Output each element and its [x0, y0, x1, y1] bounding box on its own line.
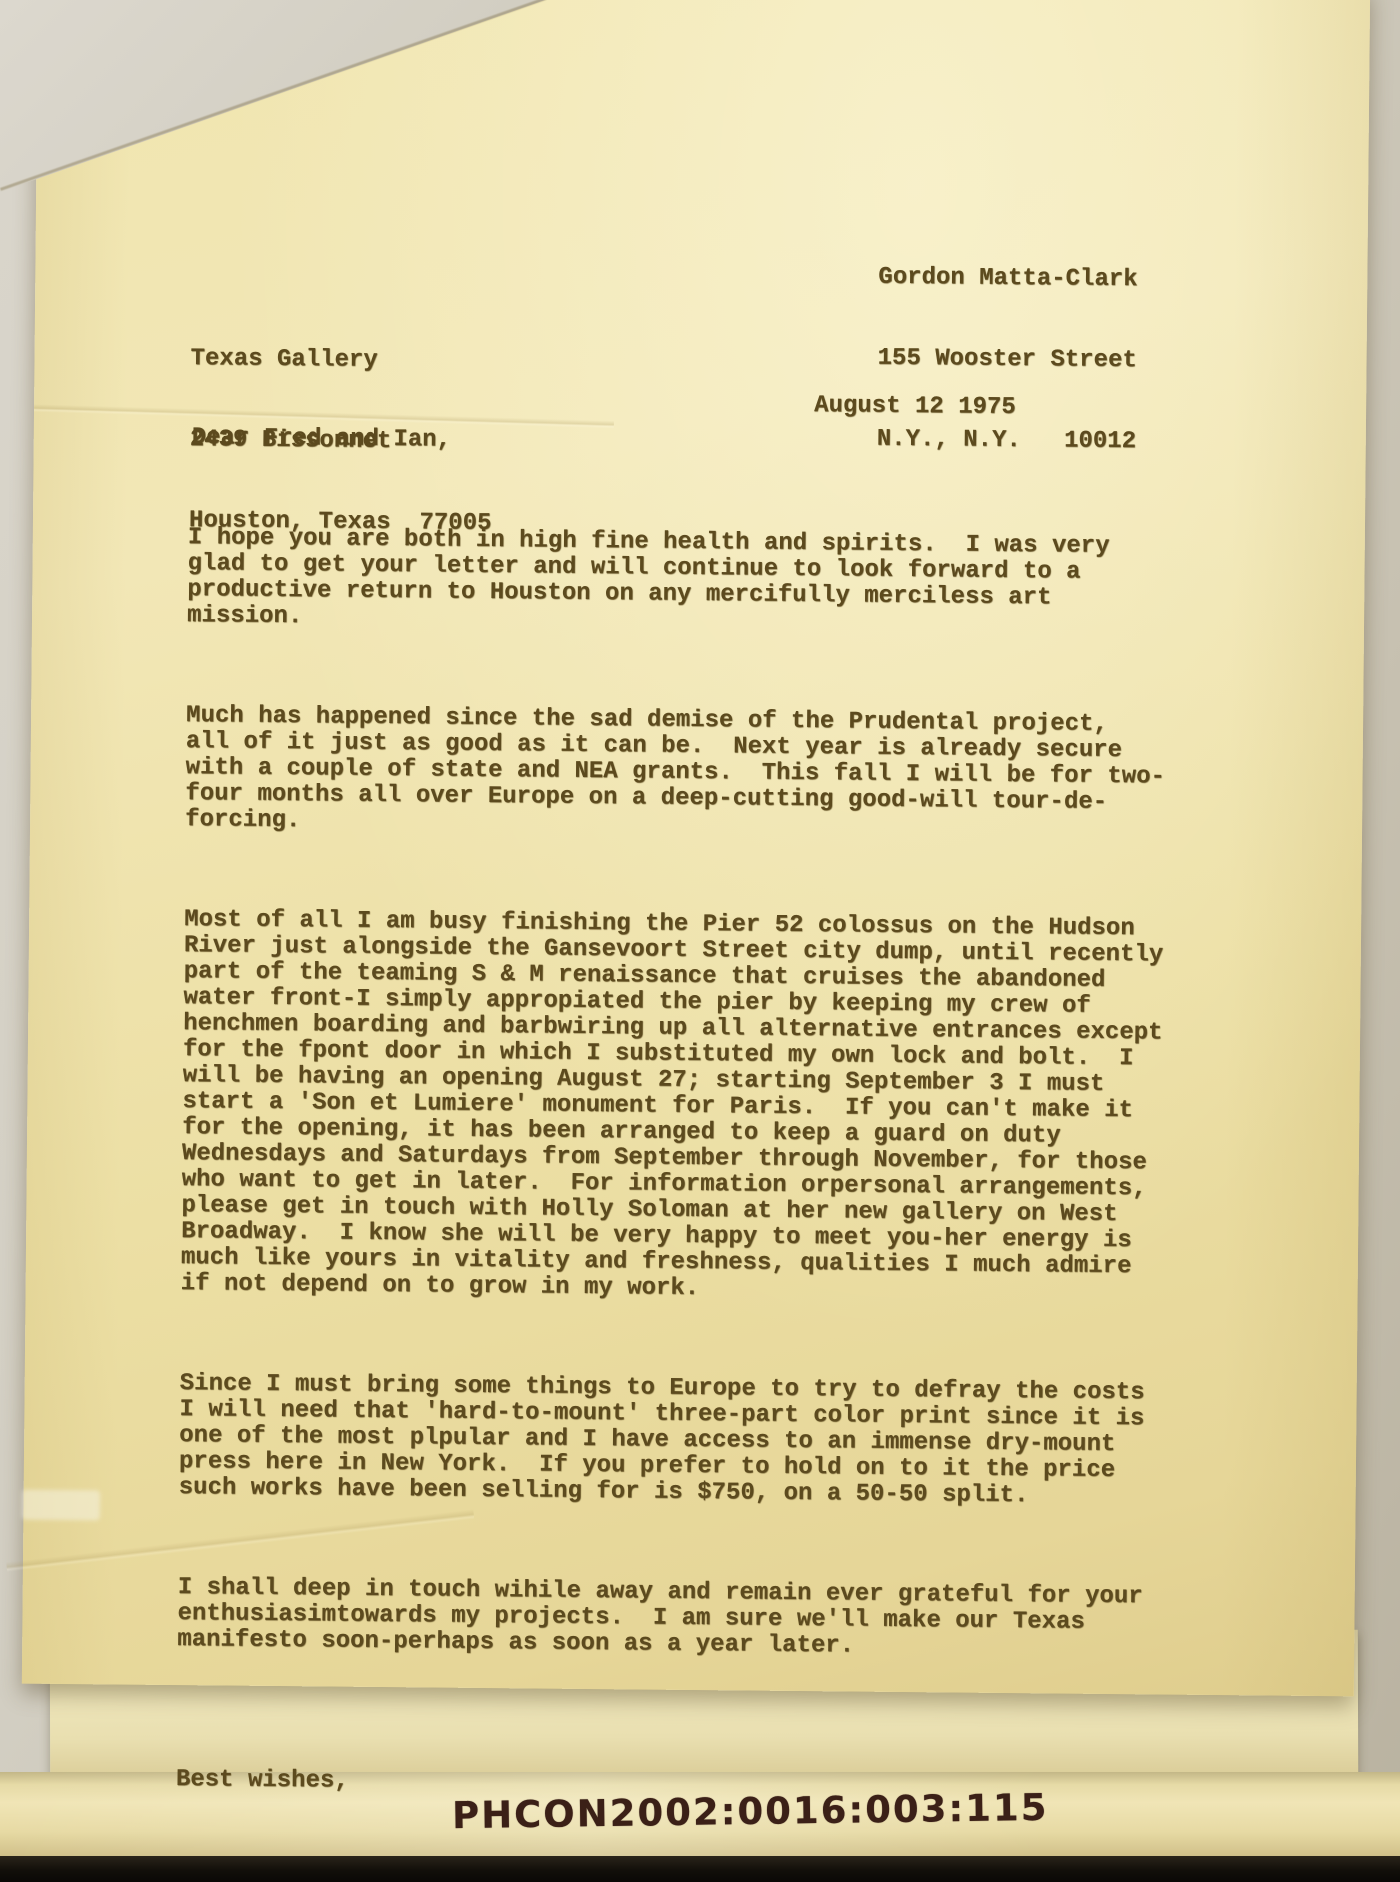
salutation: Dear Fred and Ian, — [192, 425, 451, 453]
bottom-dark-bar — [0, 1856, 1400, 1882]
sender-name: Gordon Matta-Clark — [878, 264, 1137, 293]
date-line: August 12 1975 — [814, 393, 1016, 421]
paragraph-2: Much has happened since the sad demise o… — [185, 703, 1216, 843]
sender-street: 155 Wooster Street — [877, 345, 1136, 374]
letter-body: I hope you are both in high fine health … — [175, 473, 1218, 1855]
sender-address-block: Gordon Matta-Clark 155 Wooster Street N.… — [876, 210, 1138, 509]
paragraph-3: Most of all I am busy finishing the Pier… — [181, 907, 1215, 1307]
photo-scene: PHCON2002:0016:003:115 Gordon Matta-Clar… — [0, 0, 1400, 1882]
letter-paper: Gordon Matta-Clark 155 Wooster Street N.… — [22, 0, 1370, 1696]
closing: Best wishes, — [176, 1767, 1206, 1803]
paragraph-5: I shall deep in touch wihile away and re… — [177, 1575, 1208, 1663]
paper-edge-reflection — [22, 1490, 100, 1521]
sender-city: N.Y., N.Y. 10012 — [877, 426, 1136, 455]
paragraph-1: I hope you are both in high fine health … — [187, 525, 1218, 639]
recipient-name: Texas Gallery — [190, 345, 493, 375]
paragraph-4: Since I must bring some things to Europe… — [179, 1371, 1210, 1511]
